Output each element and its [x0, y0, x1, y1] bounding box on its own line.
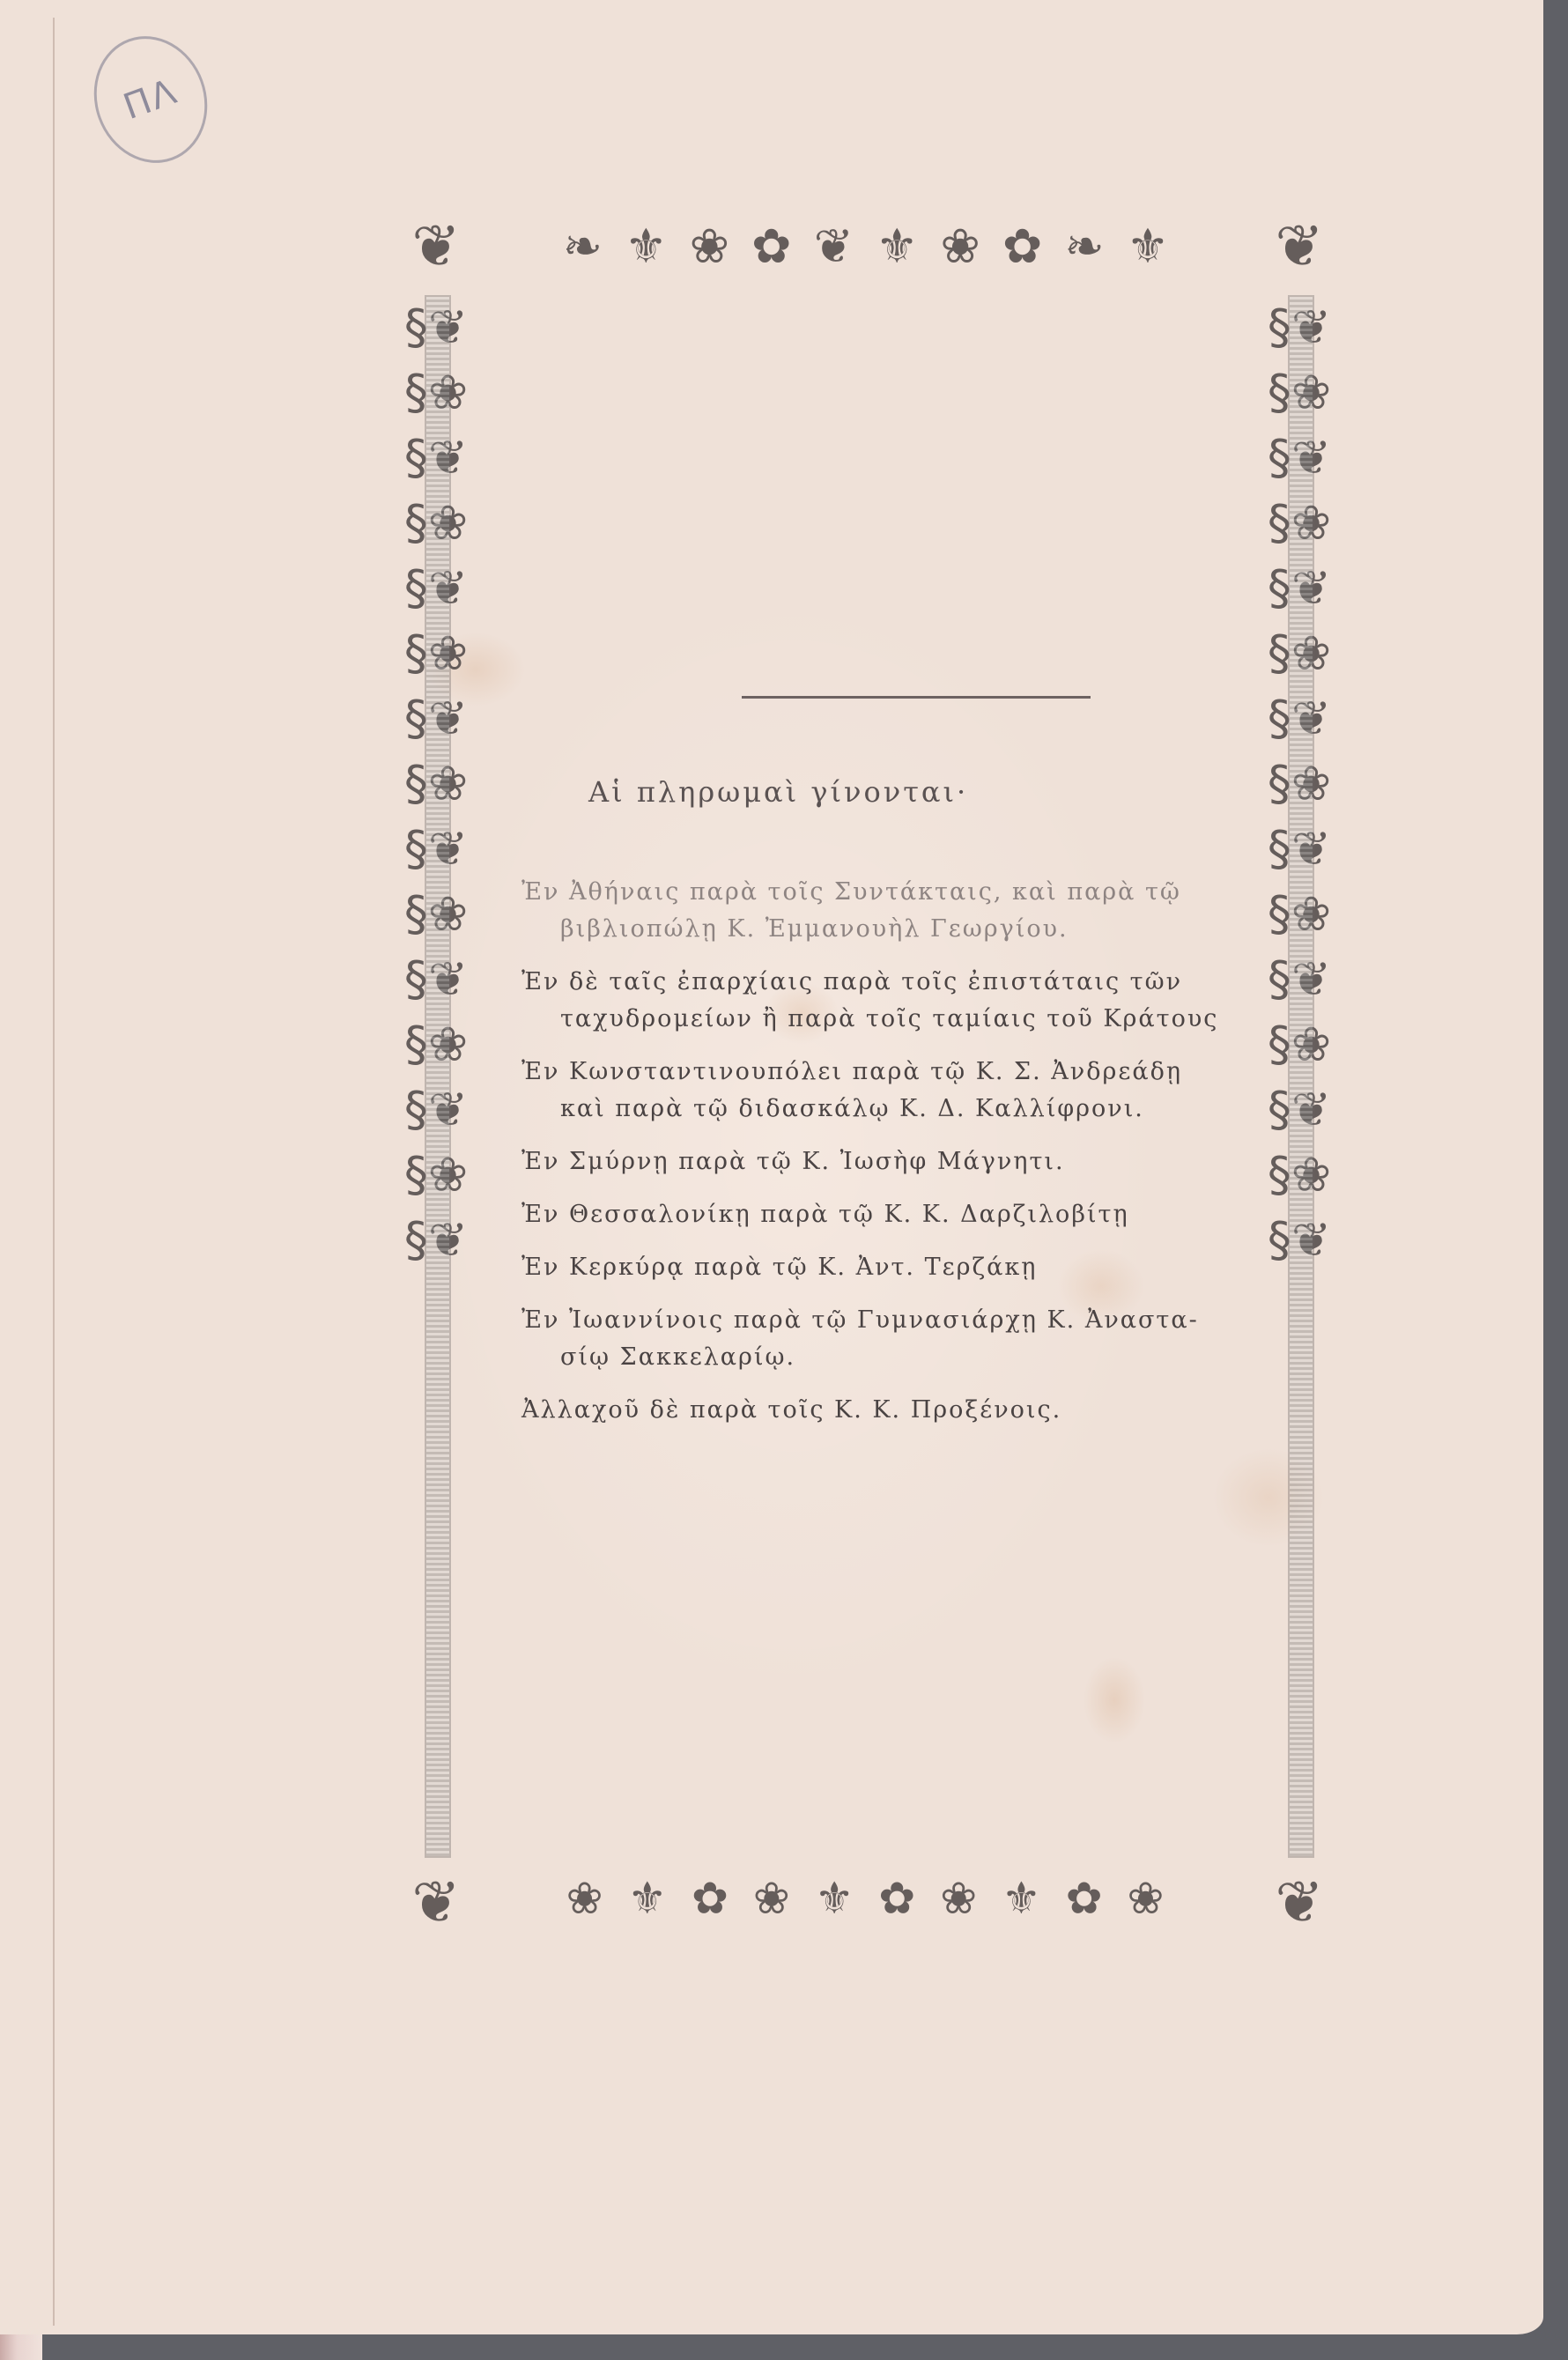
bottom-floral-border: ❀ ⚜ ✿ ❀ ⚜ ✿ ❀ ⚜ ✿ ❀ — [467, 1854, 1268, 1942]
list-item-constantinople: Ἐν Κωνσταντινουπόλει παρὰ τῷ Κ. Σ. Ἀνδρε… — [521, 1054, 1314, 1128]
pencil-annotation: ΠΛ — [77, 20, 225, 179]
entry-line: Ἐν Ἰωαννίνοις παρὰ τῷ Γυμνασιάρχῃ Κ. Ἀνα… — [521, 1302, 1314, 1339]
entry-line: ταχυδρομείων ἢ παρὰ τοῖς ταμίαις τοῦ Κρά… — [521, 1001, 1314, 1038]
list-item-elsewhere: Ἀλλαχοῦ δὲ παρὰ τοῖς Κ. Κ. Προξένοις. — [521, 1392, 1314, 1429]
corner-basket-ornament-icon: ❦ — [1264, 198, 1335, 295]
top-floral-border: ❧ ⚜ ❀ ✿ ❦ ⚜ ❀ ✿ ❧ ⚜ — [467, 198, 1268, 295]
list-item-smyrna: Ἐν Σμύρνῃ παρὰ τῷ Κ. Ἰωσὴφ Μάγνητι. — [521, 1143, 1314, 1180]
entry-line: Ἐν Σμύρνῃ παρὰ τῷ Κ. Ἰωσὴφ Μάγνητι. — [521, 1143, 1314, 1180]
entry-line: Ἐν δὲ ταῖς ἐπαρχίαις παρὰ τοῖς ἐπιστάται… — [521, 964, 1314, 1001]
list-item-athens: Ἐν Ἀθήναις παρὰ τοῖς Συντάκταις, καὶ παρ… — [521, 874, 1314, 948]
entry-line: Ἐν Θεσσαλονίκῃ παρὰ τῷ Κ. Κ. Δαρζιλοβίτῃ — [521, 1196, 1314, 1233]
entry-line: Ἐν Κωνσταντινουπόλει παρὰ τῷ Κ. Σ. Ἀνδρε… — [521, 1054, 1314, 1091]
corner-basket-ornament-icon: ❦ — [401, 1854, 471, 1951]
payment-locations-list: Ἐν Ἀθήναις παρὰ τοῖς Συντάκταις, καὶ παρ… — [521, 874, 1314, 1445]
corner-basket-ornament-icon: ❦ — [401, 198, 471, 295]
entry-line: Ἀλλαχοῦ δὲ παρὰ τοῖς Κ. Κ. Προξένοις. — [521, 1392, 1314, 1429]
page-fold-line — [53, 18, 55, 2326]
horizontal-rule — [742, 696, 1091, 699]
entry-line: καὶ παρὰ τῷ διδασκάλῳ Κ. Δ. Καλλίφρονι. — [521, 1091, 1314, 1128]
entry-line: σίῳ Σακκελαρίῳ. — [521, 1339, 1314, 1376]
list-item-ioannina: Ἐν Ἰωαννίνοις παρὰ τῷ Γυμνασιάρχῃ Κ. Ἀνα… — [521, 1302, 1314, 1376]
entry-line: Ἐν Κερκύρᾳ παρὰ τῷ Κ. Ἀντ. Τερζάκῃ — [521, 1249, 1314, 1286]
left-border-stripe — [425, 295, 451, 1858]
list-item-corfu: Ἐν Κερκύρᾳ παρὰ τῷ Κ. Ἀντ. Τερζάκῃ — [521, 1249, 1314, 1286]
entry-line: Ἐν Ἀθήναις παρὰ τοῖς Συντάκταις, καὶ παρ… — [521, 874, 1314, 911]
book-page: ΠΛ ❦ ❦ ❦ ❦ ❧ ⚜ ❀ ✿ ❦ ⚜ ❀ ✿ ❧ ⚜ ❀ ⚜ ✿ ❀ ⚜… — [0, 0, 1543, 2334]
corner-basket-ornament-icon: ❦ — [1264, 1854, 1335, 1951]
list-item-thessaloniki: Ἐν Θεσσαλονίκῃ παρὰ τῷ Κ. Κ. Δαρζιλοβίτῃ — [521, 1196, 1314, 1233]
payments-heading: Αἱ πληρωμαὶ γίνονται· — [588, 775, 968, 809]
entry-line: βιβλιοπώλῃ Κ. Ἐμμανουὴλ Γεωργίου. — [521, 911, 1314, 948]
list-item-provinces: Ἐν δὲ ταῖς ἐπαρχίαις παρὰ τοῖς ἐπιστάται… — [521, 964, 1314, 1038]
